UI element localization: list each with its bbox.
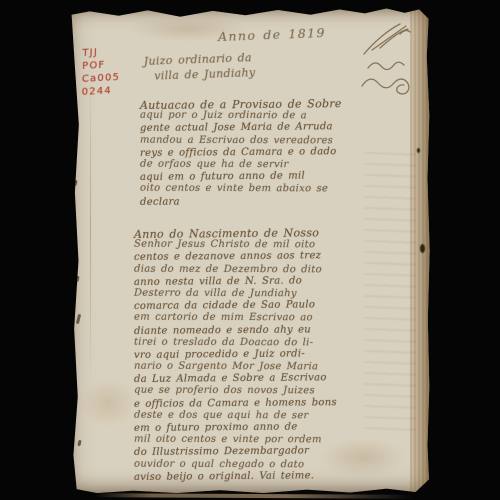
manuscript-line: anno nesta villa de N. Sra. do xyxy=(134,275,337,289)
binding-mark xyxy=(76,314,81,324)
signature-rubric-flourish xyxy=(360,20,426,102)
manuscript-paragraph-1: Autuacao de a Provisao de Sobre aqui por… xyxy=(140,98,342,208)
manuscript-line: reys e officios da Camara e o dado xyxy=(140,146,342,160)
manuscript-line: oito centos e vinte bem abaixo se xyxy=(140,183,342,196)
archival-reference-stamp: TJJ POF Ca005 0244 xyxy=(82,45,121,99)
year-heading: Anno de 1819 xyxy=(218,25,326,44)
title-line: villa de Jundiahy xyxy=(154,65,256,84)
manuscript-line: ouvidor o qual chegado o dato xyxy=(134,458,337,471)
lower-page-edge xyxy=(95,493,413,499)
manuscript-line: e officios da Camara e homens bons xyxy=(134,397,337,411)
manuscript-line: declara xyxy=(140,195,342,209)
paper-crease xyxy=(90,68,91,388)
manuscript-page: TJJ POF Ca005 0244 Anno de 1819 Juizo or… xyxy=(68,8,430,494)
manuscript-photo: TJJ POF Ca005 0244 Anno de 1819 Juizo or… xyxy=(0,0,500,500)
manuscript-line: dias do mez de Dezembro do dito xyxy=(134,263,337,276)
manuscript-line: diante nomeado e sendo ahy eu xyxy=(134,324,337,338)
manuscript-line: em cartorio de mim Escrivao ao xyxy=(134,312,337,325)
binding-mark xyxy=(77,440,81,447)
ink-bleedthrough xyxy=(364,148,416,438)
manuscript-line: mandou a Escrivao dos vereadores xyxy=(140,134,342,147)
manuscript-line: centos e dezanove annos aos trez xyxy=(134,250,337,264)
manuscript-line: do Illustrissimo Dezembargador xyxy=(134,445,337,459)
manuscript-line: aviso beijo o original. Vai teime. xyxy=(134,470,337,484)
binding-mark xyxy=(74,116,78,123)
manuscript-line: que se proferio dos novos Juizes xyxy=(134,385,337,398)
court-title: Juizo ordinario da villa de Jundiahy xyxy=(144,50,256,84)
manuscript-line: gente actual Jose Maria de Arruda xyxy=(140,121,342,135)
binding-mark xyxy=(73,180,77,187)
wormhole-spot xyxy=(420,244,425,253)
manuscript-line: tirei o treslado da Doacao do li- xyxy=(134,336,337,349)
paper-stain xyxy=(78,378,138,428)
manuscript-paragraph-2: Anno do Nascimento de Nosso Senhor Jesus… xyxy=(134,227,337,483)
stamp-line: Ca005 xyxy=(82,71,120,86)
stamp-line: 0244 xyxy=(82,84,120,99)
wormhole-spot xyxy=(417,148,420,153)
binding-mark xyxy=(75,276,79,283)
